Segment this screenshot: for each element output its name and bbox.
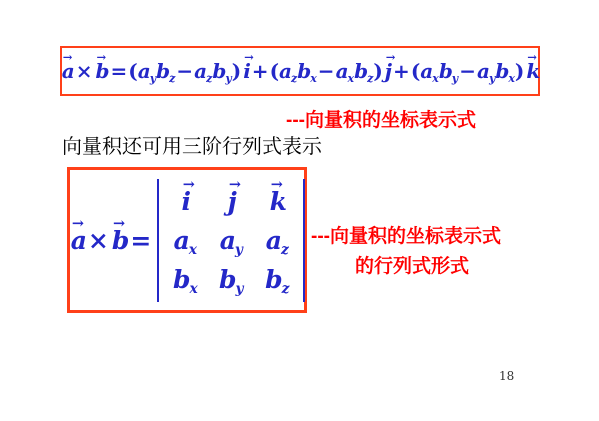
determinant-form-label-line2: 的行列式形式 [311,252,501,282]
paren: ) [515,59,524,83]
vector-arrow-icon: → [229,178,241,193]
cross-product-formula-box: →a×→b=(aybz−azby)→i+(azbx−axbz)→j+(axby−… [60,46,540,96]
vector-arrow-icon: → [244,52,254,64]
det-cell-by: by [219,265,243,294]
math-sub: x [189,281,197,297]
vector-b: →b [112,226,129,255]
term-i: (aybz−azby)→i [128,59,251,83]
unit-vector-k: →k [270,187,287,216]
math-sub: z [282,281,290,297]
term-k: (axby−aybx)→k [411,59,540,83]
vector-arrow-icon: → [386,52,396,64]
paren: ( [411,59,420,83]
vector-arrow-icon: → [527,52,537,64]
paren: ( [270,59,279,83]
math-var: a [336,59,349,83]
equals-sign: = [129,226,152,255]
math-var: b [173,265,190,294]
unit-vector-j: →j [228,187,237,216]
vector-a: →a [62,59,75,83]
paren: ) [373,59,382,83]
vector-arrow-icon: → [96,52,106,64]
vector-arrow-icon: → [113,217,125,232]
math-var: a [174,226,190,255]
unit-vector-k: →k [526,59,540,83]
math-var: a [477,59,490,83]
math-var: a [138,59,151,83]
det-cell-k: →k [268,187,287,216]
vector-arrow-icon: → [63,52,73,64]
minus-sign: − [175,59,194,83]
math-sub: x [189,242,197,258]
math-var: a [266,226,282,255]
vector-arrow-icon: → [72,217,84,232]
math-sub: y [235,242,243,258]
math-sub: y [236,281,244,297]
paren: ) [232,59,241,83]
cross-operator: × [87,226,110,255]
det-cell-bx: bx [173,265,198,294]
determinant-form-label: ---向量积的坐标表示式 的行列式形式 [311,222,501,282]
minus-sign: − [317,59,336,83]
coordinate-form-label: ---向量积的坐标表示式 [286,105,476,132]
math-sub: x [310,72,317,85]
equals-sign: = [110,59,129,83]
determinant-form-label-line1: ---向量积的坐标表示式 [311,222,501,252]
unit-vector-j: →j [385,59,392,83]
det-cell-i: →i [180,187,192,216]
math-var: b [354,59,368,83]
vector-arrow-icon: → [183,178,195,193]
math-sub: z [281,242,289,258]
det-cell-az: az [266,226,289,255]
math-var: b [219,265,236,294]
determinant-matrix: →i →j →k ax ay az bx by bz [157,179,305,302]
paren: ( [128,59,137,83]
cross-operator: × [75,59,94,83]
vector-arrow-icon: → [271,178,283,193]
math-var: b [439,59,453,83]
det-cell-ax: ax [174,226,197,255]
cross-product-formula: →a×→b=(aybz−azby)→i+(azbx−axbz)→j+(axby−… [60,59,540,83]
det-cell-ay: ay [220,226,243,255]
term-j: (azbx−axbz)→j [270,59,392,83]
minus-sign: − [458,59,477,83]
unit-vector-i: →i [243,59,251,83]
vector-a: →a [71,226,87,255]
determinant-intro-text: 向量积还可用三阶行列式表示 [62,130,322,159]
det-cell-j: →j [226,187,237,216]
math-var: b [265,265,282,294]
page-number: 18 [499,369,514,383]
determinant-lhs: →a×→b= [69,226,153,255]
vector-b: →b [96,59,110,83]
math-var: b [156,59,170,83]
determinant-formula-box: →a×→b= →i →j →k ax ay az bx by bz [67,167,307,313]
math-var: a [220,226,236,255]
unit-vector-i: →i [182,187,192,216]
det-cell-bz: bz [265,265,289,294]
